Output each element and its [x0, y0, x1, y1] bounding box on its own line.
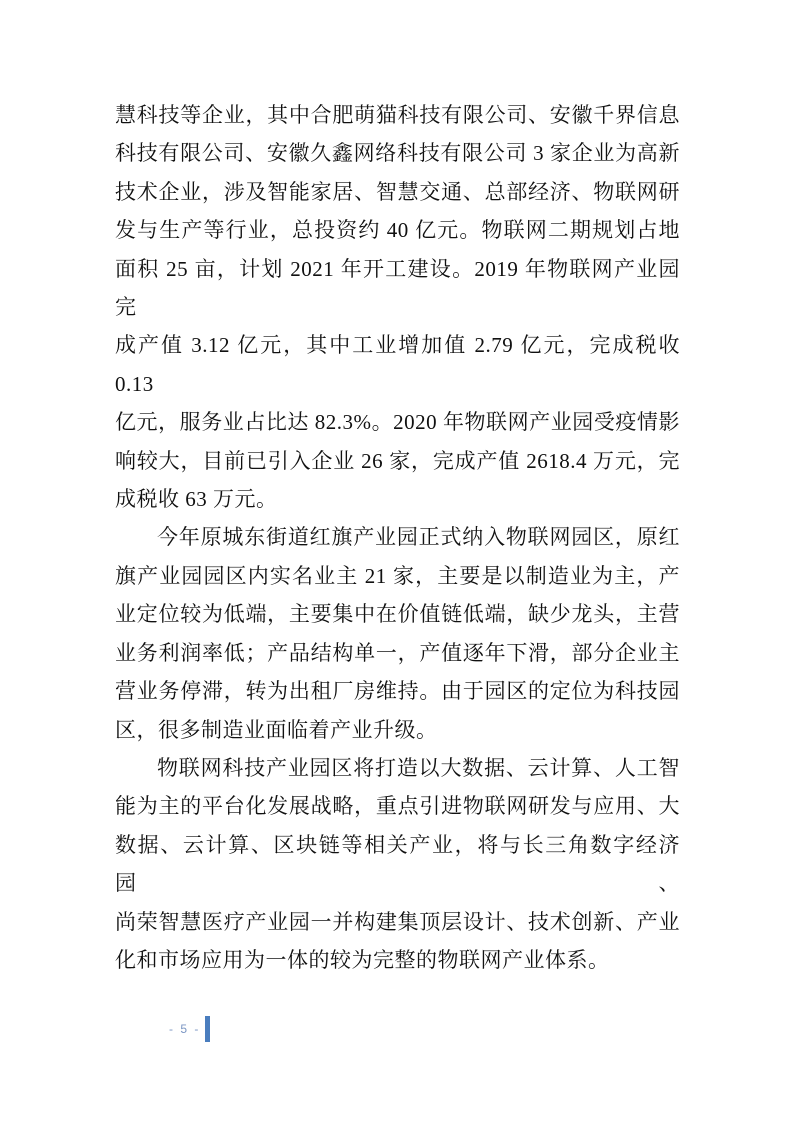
text-line: 物联网科技产业园区将打造以大数据、云计算、人工智 — [115, 749, 680, 787]
text-line: 发与生产等行业，总投资约 40 亿元。物联网二期规划占地 — [115, 211, 680, 249]
text-line: 慧科技等企业，其中合肥萌猫科技有限公司、安徽千界信息 — [115, 96, 680, 134]
text-line: 数据、云计算、区块链等相关产业，将与长三角数字经济园、 — [115, 826, 680, 903]
page-footer: - 5 - — [169, 1014, 210, 1044]
text-line: 旗产业园园区内实名业主 21 家，主要是以制造业为主，产 — [115, 557, 680, 595]
text-line: 科技有限公司、安徽久鑫网络科技有限公司 3 家企业为高新 — [115, 134, 680, 172]
text-line: 业务利润率低；产品结构单一，产值逐年下滑，部分企业主 — [115, 634, 680, 672]
revision-bar-icon — [205, 1016, 210, 1042]
text-line: 营业务停滞，转为出租厂房维持。由于园区的定位为科技园 — [115, 672, 680, 710]
text-line: 亿元，服务业占比达 82.3%。2020 年物联网产业园受疫情影 — [115, 403, 680, 441]
page-number: - 5 - — [169, 1022, 200, 1036]
paragraph-1: 慧科技等企业，其中合肥萌猫科技有限公司、安徽千界信息 科技有限公司、安徽久鑫网络… — [115, 96, 680, 518]
text-line: 业定位较为低端，主要集中在价值链低端，缺少龙头，主营 — [115, 595, 680, 633]
text-line: 成税收 63 万元。 — [115, 480, 680, 518]
text-line: 今年原城东街道红旗产业园正式纳入物联网园区，原红 — [115, 518, 680, 556]
document-body: 慧科技等企业，其中合肥萌猫科技有限公司、安徽千界信息 科技有限公司、安徽久鑫网络… — [115, 96, 680, 979]
text-line: 响较大，目前已引入企业 26 家，完成产值 2618.4 万元，完 — [115, 442, 680, 480]
text-line: 能为主的平台化发展战略，重点引进物联网研发与应用、大 — [115, 787, 680, 825]
paragraph-3: 物联网科技产业园区将打造以大数据、云计算、人工智 能为主的平台化发展战略，重点引… — [115, 749, 680, 979]
text-line: 技术企业，涉及智能家居、智慧交通、总部经济、物联网研 — [115, 173, 680, 211]
text-line: 成产值 3.12 亿元，其中工业增加值 2.79 亿元，完成税收 0.13 — [115, 326, 680, 403]
text-line: 区，很多制造业面临着产业升级。 — [115, 711, 680, 749]
paragraph-2: 今年原城东街道红旗产业园正式纳入物联网园区，原红 旗产业园园区内实名业主 21 … — [115, 518, 680, 748]
text-line: 面积 25 亩，计划 2021 年开工建设。2019 年物联网产业园完 — [115, 250, 680, 327]
text-line: 尚荣智慧医疗产业园一并构建集顶层设计、技术创新、产业 — [115, 903, 680, 941]
text-line: 化和市场应用为一体的较为完整的物联网产业体系。 — [115, 941, 680, 979]
